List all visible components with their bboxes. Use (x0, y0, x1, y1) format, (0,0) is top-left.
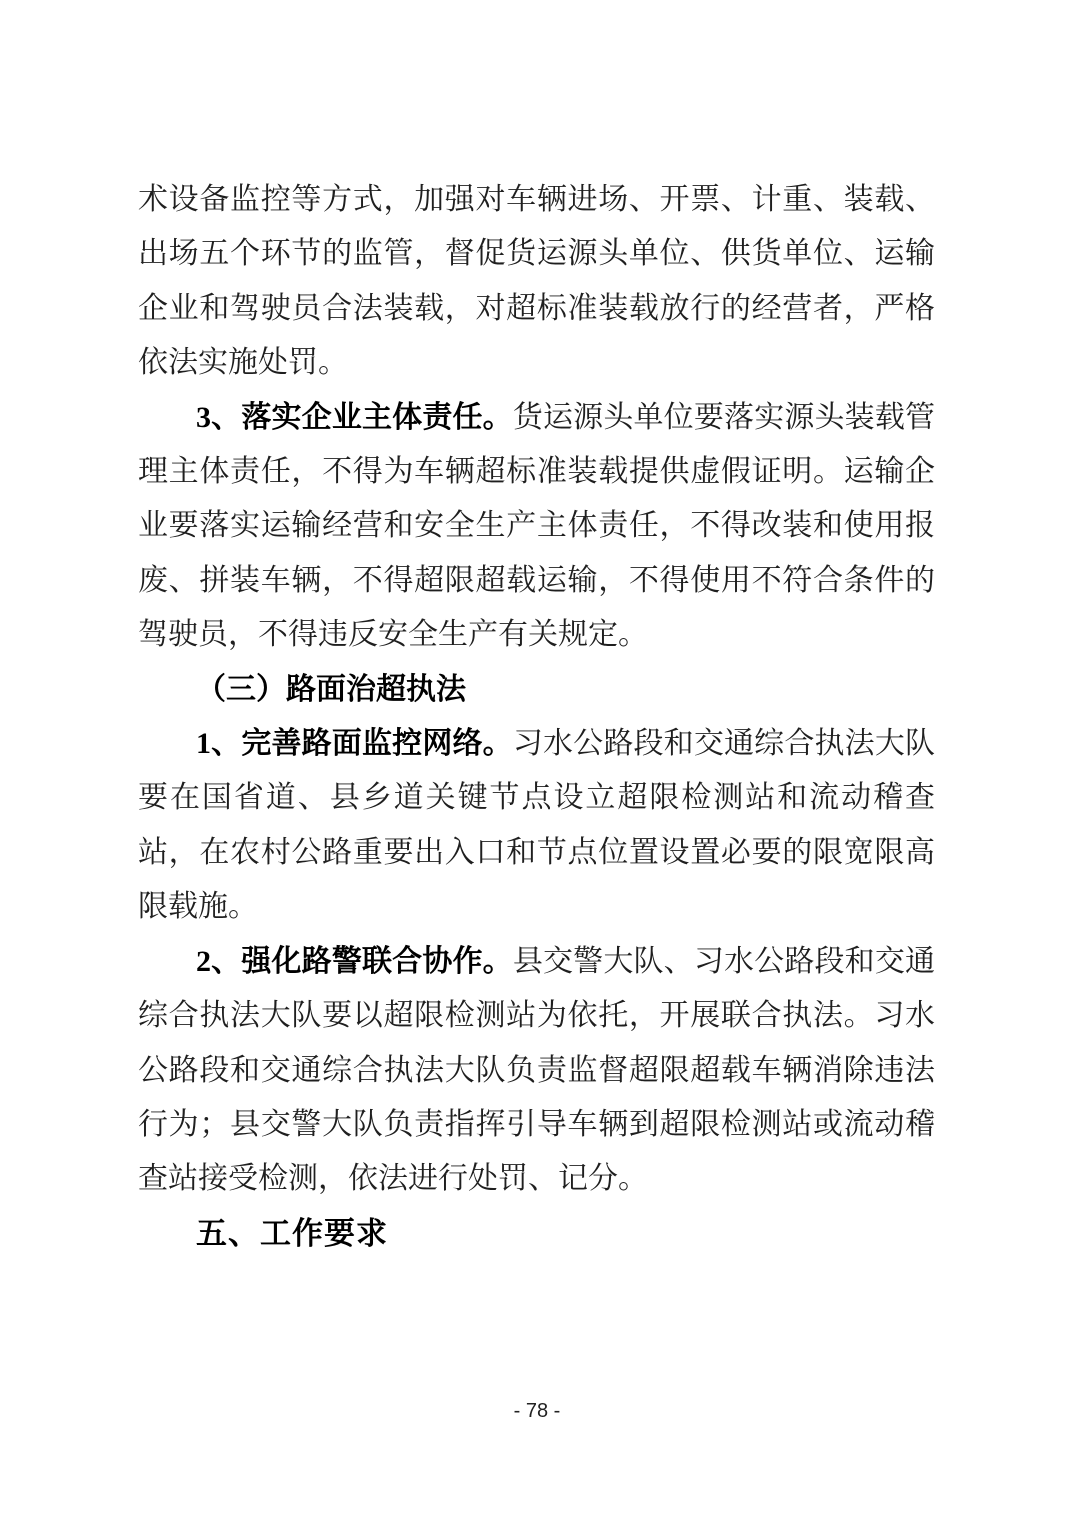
page-number: - 78 - (0, 1400, 1074, 1423)
document-body: 术设备监控等方式，加强对车辆进场、开票、计重、装载、出场五个环节的监管，督促货运… (138, 173, 935, 1262)
paragraph-item-2: 2、强化路警联合协作。县交警大队、习水公路段和交通综合执法大队要以超限检测站为依… (138, 935, 935, 1207)
run-in-heading-bold: 1、完善路面监控网络。 (196, 727, 513, 760)
section-heading-five: 五、工作要求 (138, 1207, 935, 1262)
body-text-run: 货运源头单位要落实源头装载管理主体责任，不得为车辆超标准装载提供虚假证明。运输企… (138, 401, 935, 652)
section-heading-three: （三）路面治超执法 (138, 663, 935, 717)
paragraph-continuation: 术设备监控等方式，加强对车辆进场、开票、计重、装载、出场五个环节的监管，督促货运… (138, 173, 935, 391)
paragraph-item-3: 3、落实企业主体责任。货运源头单位要落实源头装载管理主体责任，不得为车辆超标准装… (138, 391, 935, 663)
body-text-run: 县交警大队、习水公路段和交通综合执法大队要以超限检测站为依托，开展联合执法。习水… (138, 945, 935, 1196)
section-heading-text: 五、工作要求 (196, 1216, 388, 1251)
section-heading-text: （三）路面治超执法 (196, 673, 466, 706)
body-text-run: 术设备监控等方式，加强对车辆进场、开票、计重、装载、出场五个环节的监管，督促货运… (138, 183, 935, 379)
run-in-heading-bold: 2、强化路警联合协作。 (196, 945, 513, 978)
run-in-heading-bold: 3、落实企业主体责任。 (196, 401, 513, 434)
document-page: 术设备监控等方式，加强对车辆进场、开票、计重、装载、出场五个环节的监管，督促货运… (0, 0, 1074, 1520)
paragraph-item-1: 1、完善路面监控网络。习水公路段和交通综合执法大队要在国省道、县乡道关键节点设立… (138, 717, 935, 935)
